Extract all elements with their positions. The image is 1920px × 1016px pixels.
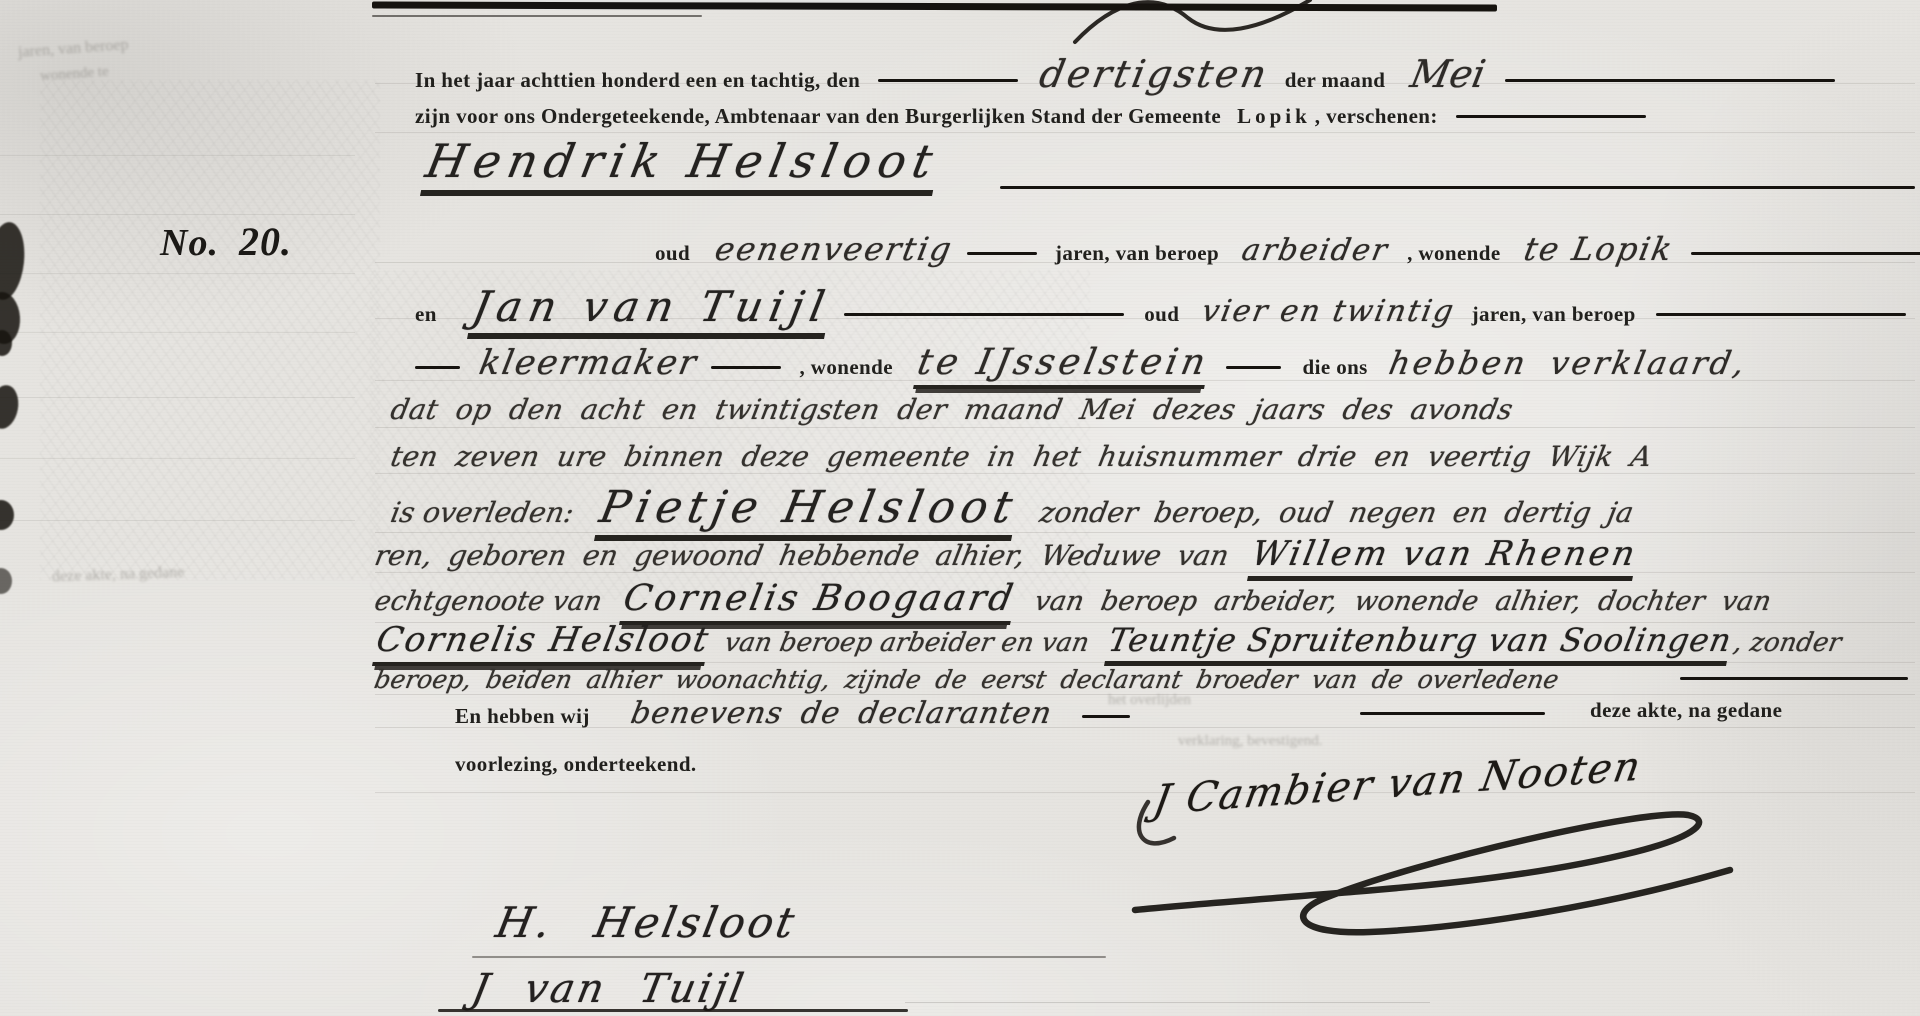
declarant1-name-line: Hendrik Helsloot [420,134,932,196]
printed-en-hebben-wij: En hebben wij [455,704,590,728]
ruled-guide [0,273,355,274]
previous-signature-flourish [1060,0,1340,56]
form-rule [844,313,1124,316]
ruled-guide [375,132,1915,133]
record-number-label: No. [160,222,219,264]
printed-wonende: , wonende [799,355,892,379]
form-rule [1691,252,1920,255]
written-day: dertigsten [1036,52,1273,96]
closing-line: En hebben wij benevens de declaranten [455,696,1130,731]
death-record-scan: jaren, van beroep wonende te deze akte, … [0,0,1920,1016]
declarant2-signature: J van Tuijl [468,966,750,1012]
ruled-guide [0,214,355,215]
written-hebben-verklaard: hebben verklaard, [1386,344,1751,382]
printed-deze-akte: deze akte, na gedane [1590,698,1782,723]
declarant2-name: Jan van Tuijl [467,282,835,339]
written-echtgenoote-van: echtgenoote van [372,586,605,617]
binding-ink-blob [0,568,12,594]
form-rule [967,252,1037,255]
printed-jaren-beroep: jaren, van beroep [1055,241,1219,265]
body-line-3: is overleden: Pietje Helsloot zonder ber… [388,482,1630,541]
declarant1-residence: te Lopik [1521,230,1677,268]
form-rule [1226,366,1281,369]
binding-ink-blob [0,383,22,431]
declarant1-details-line: oud eenenveertig jaren, van beroep arbei… [655,230,1920,268]
declarant2-name-line: en Jan van Tuijl oud vier en twintig jar… [415,282,1906,339]
body-line-2: ten zeven ure binnen deze gemeente in he… [388,440,1655,473]
record-number: No. 20. [160,218,292,265]
mother-name: Teuntje Spruitenburg van Soolingen [1104,621,1735,666]
ruled-guide [375,473,1915,474]
date-line: In het jaar achttien honderd een en tach… [415,52,1835,96]
municipality-name: Lopik [1237,104,1311,128]
printed-wonende: , wonende [1407,241,1500,265]
printed-der-maand: der maand [1285,68,1386,92]
registrar-line: zijn voor ons Ondergeteekende, Ambtenaar… [415,104,1646,129]
husband-name: Cornelis Boogaard [619,578,1019,625]
official-signature-flourish [1090,760,1790,960]
declarant1-occupation: arbeider [1239,233,1392,268]
form-rule [415,366,460,369]
printed-verschenen: , verschenen: [1315,104,1438,128]
written-text: zonder beroep, oud negen en dertig ja [1037,496,1636,529]
form-rule [1656,313,1906,316]
written-text: van beroep arbeider en van [722,628,1092,658]
ghost-text: verklaring, bevestigend. [1178,733,1323,750]
printed-oud: oud [1144,302,1179,326]
ghost-text: jaren, van beroep [18,36,130,62]
record-number-value: 20. [239,219,292,264]
binding-ink-blob [0,220,28,301]
ghost-text: wonende te [39,64,109,86]
ruled-guide [0,520,355,521]
signature-rule [472,956,1106,958]
form-rule [1082,715,1130,718]
ruled-guide [905,1002,1430,1003]
declarant1-name: Hendrik Helsloot [420,134,944,196]
deceased-name: Pietje Helsloot [594,482,1022,541]
ruled-guide [0,458,355,459]
form-rule [1456,115,1646,118]
form-rule [711,366,781,369]
body-line-5: echtgenoote van Cornelis Boogaard van be… [372,578,1767,625]
printed-oud: oud [655,241,690,265]
declarant2-occupation: kleermaker [476,343,701,383]
declarant1-age: eenenveertig [712,230,956,268]
first-husband-name: Willem van Rhenen [1247,534,1641,581]
ghost-text: deze akte, na gedane [52,564,185,587]
body-line-6: Cornelis Helsloot van beroep arbeider en… [372,620,1838,666]
ruled-guide [375,427,1915,428]
signature-rule [438,1009,908,1012]
printed-registrar-text: zijn voor ons Ondergeteekende, Ambtenaar… [415,104,1221,128]
written-text: , zonder [1731,628,1844,658]
form-rule [878,79,1018,82]
printed-die-ons: die ons [1303,355,1368,379]
body-line-1: dat op den acht en twintigsten der maand… [388,393,1516,426]
top-border-rule-thin [372,15,702,17]
declarant2-age: vier en twintig [1199,294,1458,329]
form-rule [1505,79,1835,82]
written-is-overleden: is overleden: [388,496,577,529]
form-rule [1000,186,1915,189]
declarant2-residence: te IJsselstein [913,342,1213,389]
printed-jaren-beroep: jaren, van beroep [1472,302,1636,326]
declarant2-details-line: kleermaker , wonende te IJsselstein die … [415,342,1743,389]
father-name: Cornelis Helsloot [372,620,713,666]
written-benevens-declaranten: benevens de declaranten [628,696,1055,731]
form-rule [1680,677,1908,680]
printed-voorlezing: voorlezing, onderteekend. [455,752,697,777]
printed-en: en [415,302,437,326]
written-month: Mei [1407,52,1489,96]
ruled-guide [0,332,355,333]
ruled-guide [0,397,355,398]
declarant1-signature: H. Helsloot [492,898,801,947]
form-rule [1360,712,1545,715]
written-text: van beroep arbeider, wonende alhier, doc… [1032,586,1774,617]
body-line-4: ren, geboren en gewoond hebbende alhier,… [372,534,1632,581]
ruled-guide [0,155,355,156]
printed-year-text: In het jaar achttien honderd een en tach… [415,68,860,92]
body-line-7: beroep, beiden alhier woonachtig, zijnde… [372,665,1561,694]
binding-ink-blob [0,500,14,530]
written-text: ren, geboren en gewoond hebbende alhier,… [372,539,1232,572]
